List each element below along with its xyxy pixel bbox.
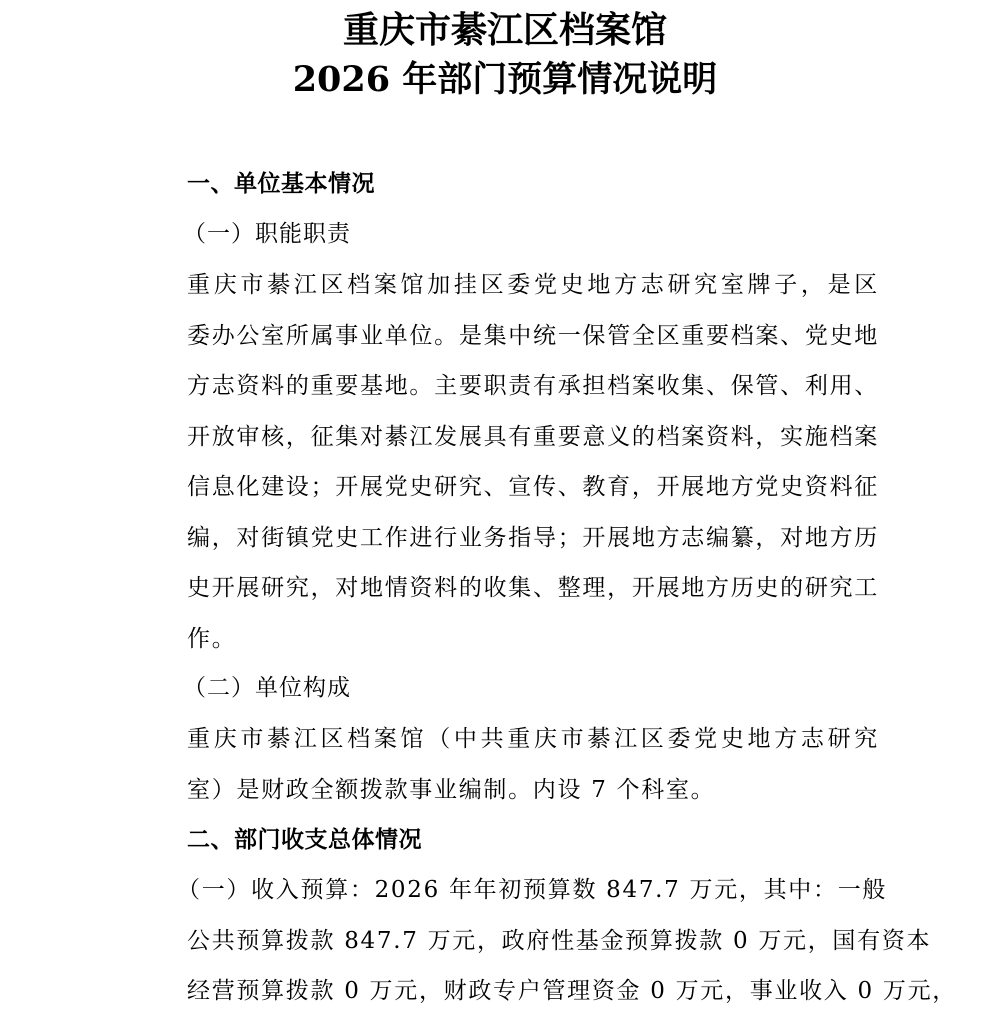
section-heading-budget-overview: 二、部门收支总体情况: [187, 825, 422, 855]
text-line: 室）是财政全额拨款事业编制。内设 7 个科室。: [137, 765, 879, 816]
text-line: 方志资料的重要基地。主要职责有承担档案收集、保管、利用、: [137, 361, 879, 412]
text-line: 公共预算拨款 847.7 万元，政府性基金预算拨款 0 万元，国有资本: [137, 916, 879, 967]
subsection-heading-composition: （二）单位构成: [183, 673, 351, 703]
paragraph-income-budget: （一）收入预算：2026 年年初预算数 847.7 万元，其中：一般 公共预算拨…: [137, 865, 879, 1013]
paragraph-functions: 重庆市綦江区档案馆加挂区委党史地方志研究室牌子，是区 委办公室所属事业单位。是集…: [137, 260, 879, 664]
text-line: 委办公室所属事业单位。是集中统一保管全区重要档案、党史地: [137, 311, 879, 362]
text-line: 史开展研究，对地情资料的收集、整理，开展地方历史的研究工: [137, 563, 879, 614]
section-heading-basic-info: 一、单位基本情况: [187, 169, 375, 199]
text-line: 作。: [137, 614, 879, 665]
text-line: 经营预算拨款 0 万元，财政专户管理资金 0 万元，事业收入 0 万元，: [137, 966, 879, 1013]
document-title-line1: 重庆市綦江区档案馆: [0, 5, 1000, 55]
document-page: 重庆市綦江区档案馆 2026 年部门预算情况说明 一、单位基本情况 （一）职能职…: [0, 0, 1000, 1013]
paragraph-composition: 重庆市綦江区档案馆（中共重庆市綦江区委党史地方志研究 室）是财政全额拨款事业编制…: [137, 714, 879, 815]
document-title-line2: 2026 年部门预算情况说明: [0, 55, 1000, 105]
text-line: （一）收入预算：2026 年年初预算数 847.7 万元，其中：一般: [137, 865, 879, 916]
text-line: 重庆市綦江区档案馆加挂区委党史地方志研究室牌子，是区: [137, 260, 879, 311]
subsection-heading-functions: （一）职能职责: [183, 219, 351, 249]
text-line: 编，对街镇党史工作进行业务指导；开展地方志编纂，对地方历: [137, 513, 879, 564]
text-line: 信息化建设；开展党史研究、宣传、教育，开展地方党史资料征: [137, 462, 879, 513]
text-line: 重庆市綦江区档案馆（中共重庆市綦江区委党史地方志研究: [137, 714, 879, 765]
text-line: 开放审核，征集对綦江发展具有重要意义的档案资料，实施档案: [137, 412, 879, 463]
